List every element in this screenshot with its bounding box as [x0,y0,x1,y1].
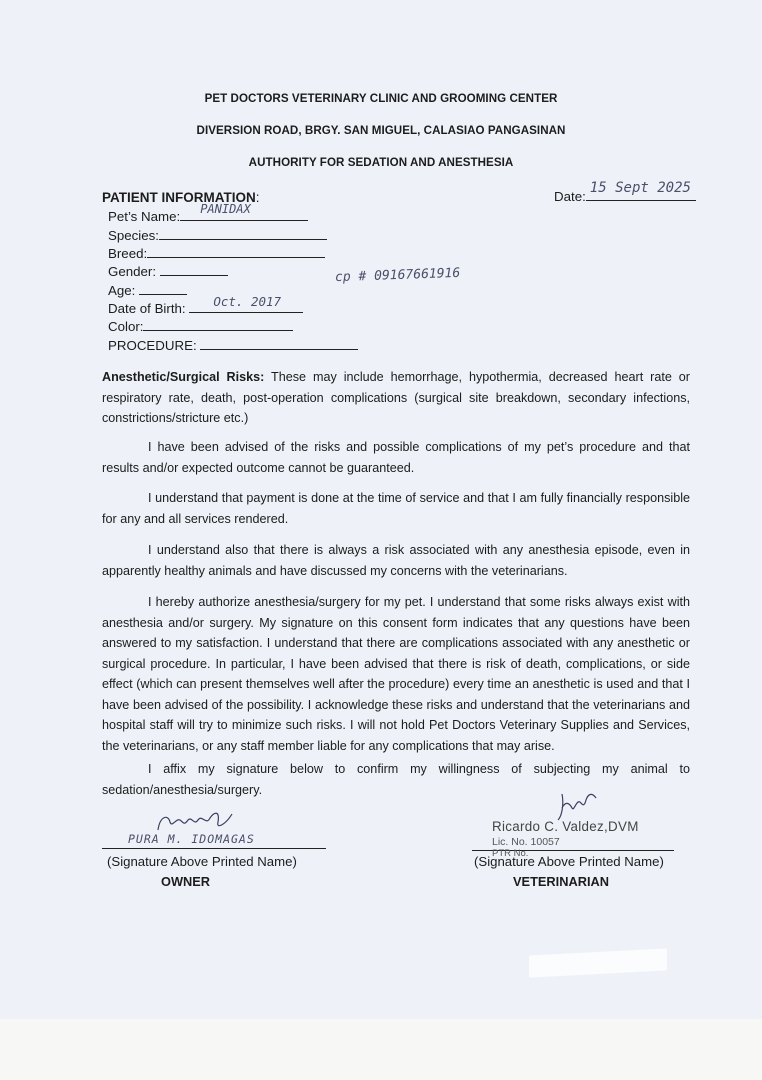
clinic-name: PET DOCTORS VETERINARY CLINIC AND GROOMI… [0,92,762,105]
date-line[interactable]: 15 Sept 2025 [586,188,696,201]
vet-signature-caption: (Signature Above Printed Name) [474,854,664,869]
correction-tape-mark [529,948,667,977]
procedure-line[interactable] [200,337,358,350]
procedure-label: PROCEDURE: [108,338,197,353]
field-date-of-birth: Date of Birth: Oct. 2017 [108,300,303,316]
date-value: 15 Sept 2025 [590,180,691,196]
paragraph-payment: I understand that payment is done at the… [102,488,690,529]
scan-bottom-strip [0,1019,762,1080]
owner-role: OWNER [161,874,210,889]
field-procedure: PROCEDURE: [108,337,358,353]
age-line[interactable] [139,282,187,295]
species-line[interactable] [159,227,327,240]
vet-license-number: Lic. No. 10057 [492,836,560,848]
field-pet-name: Pet’s Name:PANIDAX [108,208,308,224]
date-field: Date:15 Sept 2025 [554,188,696,204]
paragraph-advised: I have been advised of the risks and pos… [102,437,690,478]
color-label: Color: [108,319,143,334]
field-gender: Gender: [108,263,228,279]
species-label: Species: [108,228,159,243]
vet-printed-name: Ricardo C. Valdez,DVM [492,819,639,834]
risks-label: Anesthetic/Surgical Risks: [102,370,264,384]
handwritten-phone-note: cp # 09167661916 [335,266,461,285]
clinic-address: DIVERSION ROAD, BRGY. SAN MIGUEL, CALASI… [0,124,762,137]
field-age: Age: [108,282,187,298]
field-breed: Breed: [108,245,325,261]
form-title: AUTHORITY FOR SEDATION AND ANESTHESIA [0,156,762,169]
breed-line[interactable] [147,245,325,258]
owner-printed-name: PURA M. IDOMAGAS [128,832,255,846]
vet-role: VETERINARIAN [513,874,609,889]
gender-label: Gender: [108,264,156,279]
risks-paragraph: Anesthetic/Surgical Risks: These may inc… [102,367,690,429]
paragraph-risk-awareness: I understand also that there is always a… [102,540,690,581]
color-line[interactable] [143,318,293,331]
field-color: Color: [108,318,293,334]
dob-line[interactable]: Oct. 2017 [189,300,303,313]
pet-name-line[interactable]: PANIDAX [180,208,308,221]
paragraph-authorization: I hereby authorize anesthesia/surgery fo… [102,592,690,756]
age-label: Age: [108,283,135,298]
breed-label: Breed: [108,246,147,261]
field-species: Species: [108,227,327,243]
pet-name-label: Pet’s Name: [108,209,180,224]
dob-label: Date of Birth: [108,301,186,316]
pet-name-value: PANIDAX [200,202,251,216]
gender-line[interactable] [160,263,228,276]
patient-info-colon: : [256,190,260,205]
owner-signature-line[interactable] [102,848,326,849]
owner-signature-caption: (Signature Above Printed Name) [107,854,297,869]
dob-value: Oct. 2017 [213,294,281,309]
date-label: Date: [554,189,586,204]
